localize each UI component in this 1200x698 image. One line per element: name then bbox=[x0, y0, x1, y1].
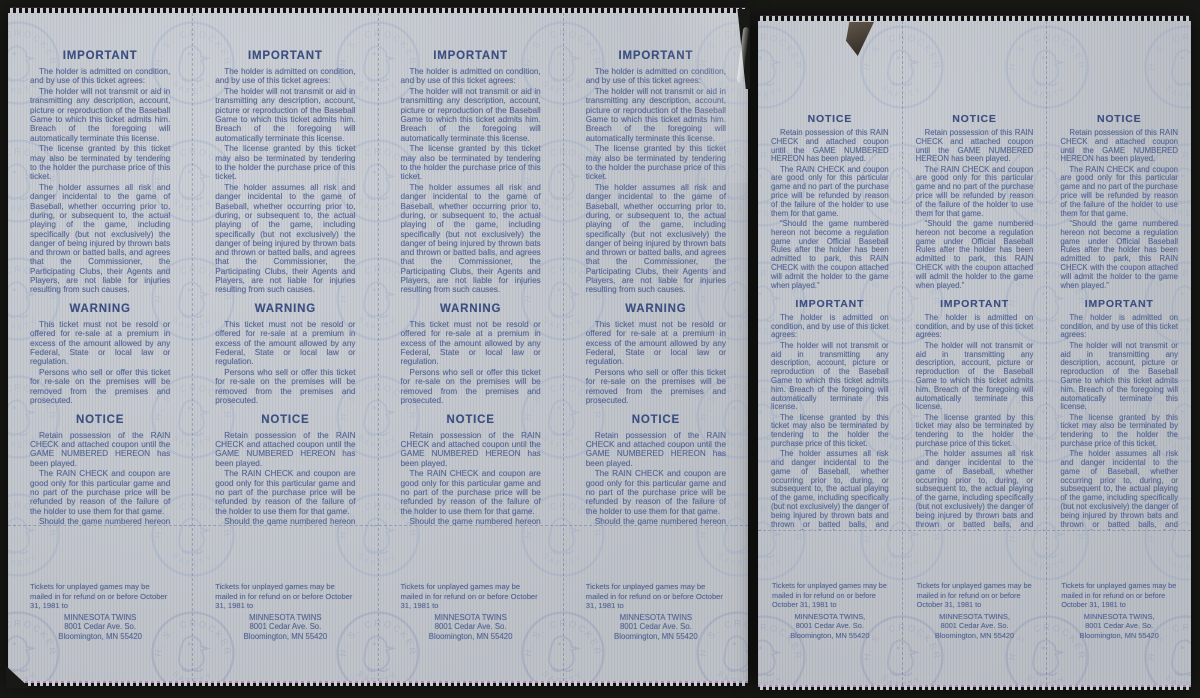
legal-paragraph: The license granted by this ticket may a… bbox=[401, 144, 541, 181]
legal-paragraph: The license granted by this ticket may a… bbox=[771, 414, 889, 449]
team-name: MINNESOTA TWINS bbox=[401, 613, 541, 623]
refund-notice: Tickets for unplayed games may be mailed… bbox=[215, 582, 355, 611]
ticket-legal-text: IMPORTANT The holder is admitted on cond… bbox=[8, 13, 192, 525]
legal-paragraph: The holder is admitted on condition, and… bbox=[771, 314, 889, 340]
refund-stub: Tickets for unplayed games may be mailed… bbox=[758, 530, 902, 685]
refund-stub: Tickets for unplayed games may be mailed… bbox=[903, 530, 1047, 685]
legal-paragraph: Persons who sell or offer this ticket fo… bbox=[30, 368, 170, 405]
legal-paragraph: The license granted by this ticket may a… bbox=[916, 414, 1034, 449]
refund-address: MINNESOTA TWINS 8001 Cedar Ave. So. Bloo… bbox=[215, 613, 355, 642]
legal-paragraph: Should the game numbered hereon not beco… bbox=[215, 517, 355, 525]
legal-paragraph: The RAIN CHECK and coupon are good only … bbox=[586, 469, 726, 515]
team-name: MINNESOTA TWINS, bbox=[772, 612, 888, 622]
legal-paragraph: The RAIN CHECK and coupon are good only … bbox=[30, 469, 170, 515]
refund-stub: Tickets for unplayed games may be mailed… bbox=[1047, 530, 1191, 685]
legal-paragraph: The RAIN CHECK and coupon are good only … bbox=[401, 469, 541, 515]
team-name: MINNESOTA TWINS, bbox=[1061, 612, 1177, 622]
ticket-legal-text: NOTICE Retain possession of this RAIN CH… bbox=[1047, 21, 1191, 530]
address-line: 8001 Cedar Ave. So. bbox=[215, 622, 355, 632]
section-heading-notice: NOTICE bbox=[215, 414, 355, 426]
section-heading-notice: NOTICE bbox=[30, 414, 170, 426]
legal-paragraph: This ticket must not be resold or offere… bbox=[401, 320, 541, 366]
legal-paragraph: The holder will not transmit or aid in t… bbox=[215, 87, 355, 143]
section-heading-warning: WARNING bbox=[215, 303, 355, 315]
legal-paragraph: The license granted by this ticket may a… bbox=[215, 144, 355, 181]
section-heading-important: IMPORTANT bbox=[1060, 298, 1178, 310]
legal-paragraph: Retain possession of the RAIN CHECK and … bbox=[215, 431, 355, 468]
section-heading-notice: NOTICE bbox=[586, 414, 726, 426]
legal-paragraph: The holder assumes all risk and danger i… bbox=[916, 450, 1034, 530]
ticket-sheet-left: IMPORTANT The holder is admitted on cond… bbox=[8, 13, 748, 683]
refund-stub: Tickets for unplayed games may be mailed… bbox=[379, 525, 563, 681]
perforated-edge-bottom bbox=[10, 681, 746, 686]
legal-paragraph: The holder will not transmit or aid in t… bbox=[30, 87, 170, 143]
perforated-edge-bottom bbox=[760, 685, 1189, 690]
legal-paragraph: The RAIN CHECK and coupon are good only … bbox=[916, 166, 1034, 219]
legal-paragraph: Persons who sell or offer this ticket fo… bbox=[401, 368, 541, 405]
legal-paragraph: “Should the game numbered hereon not bec… bbox=[771, 220, 889, 290]
legal-paragraph: The holder will not transmit or aid in t… bbox=[401, 87, 541, 143]
legal-paragraph: The holder assumes all risk and danger i… bbox=[1060, 450, 1178, 530]
section-heading-warning: WARNING bbox=[30, 303, 170, 315]
legal-paragraph: “Should the game numbered hereon not bec… bbox=[1060, 220, 1178, 290]
section-heading-warning: WARNING bbox=[586, 303, 726, 315]
legal-paragraph: “Should the game numbered hereon not bec… bbox=[916, 220, 1034, 290]
legal-paragraph: The RAIN CHECK and coupon are good only … bbox=[771, 166, 889, 219]
address-line: Bloomington, MN 55420 bbox=[215, 632, 355, 642]
legal-paragraph: Persons who sell or offer this ticket fo… bbox=[215, 368, 355, 405]
address-line: 8001 Cedar Ave. So. bbox=[1061, 621, 1177, 631]
team-name: MINNESOTA TWINS bbox=[30, 613, 170, 623]
legal-paragraph: The holder will not transmit or aid in t… bbox=[771, 342, 889, 412]
team-name: MINNESOTA TWINS, bbox=[917, 612, 1033, 622]
address-line: Bloomington, MN 55420 bbox=[772, 631, 888, 641]
legal-paragraph: The holder is admitted on condition, and… bbox=[916, 314, 1034, 340]
refund-address: MINNESOTA TWINS 8001 Cedar Ave. So. Bloo… bbox=[401, 613, 541, 642]
ticket-legal-text: NOTICE Retain possession of this RAIN CH… bbox=[758, 21, 902, 530]
section-heading-important: IMPORTANT bbox=[771, 298, 889, 310]
refund-stub: Tickets for unplayed games may be mailed… bbox=[564, 525, 748, 681]
address-line: Bloomington, MN 55420 bbox=[30, 632, 170, 642]
ticket-legal-text: IMPORTANT The holder is admitted on cond… bbox=[564, 13, 748, 525]
legal-paragraph: The holder assumes all risk and danger i… bbox=[771, 450, 889, 530]
refund-address: MINNESOTA TWINS 8001 Cedar Ave. So. Bloo… bbox=[30, 613, 170, 642]
section-heading-important: IMPORTANT bbox=[916, 298, 1034, 310]
refund-address: MINNESOTA TWINS, 8001 Cedar Ave. So. Blo… bbox=[772, 612, 888, 641]
legal-paragraph: Retain possession of this RAIN CHECK and… bbox=[771, 129, 889, 164]
legal-paragraph: Persons who sell or offer this ticket fo… bbox=[586, 368, 726, 405]
section-heading-important: IMPORTANT bbox=[215, 50, 355, 62]
legal-paragraph: This ticket must not be resold or offere… bbox=[30, 320, 170, 366]
refund-notice: Tickets for unplayed games may be mailed… bbox=[772, 581, 888, 610]
address-line: Bloomington, MN 55420 bbox=[401, 632, 541, 642]
legal-paragraph: The holder is admitted on condition, and… bbox=[586, 67, 726, 86]
ticket-back: NOTICE Retain possession of this RAIN CH… bbox=[758, 21, 902, 685]
legal-paragraph: The holder is admitted on condition, and… bbox=[215, 67, 355, 86]
legal-paragraph: The holder is admitted on condition, and… bbox=[1060, 314, 1178, 340]
section-heading-notice: NOTICE bbox=[771, 113, 889, 125]
legal-paragraph: The holder assumes all risk and danger i… bbox=[30, 183, 170, 295]
address-line: 8001 Cedar Ave. So. bbox=[772, 621, 888, 631]
refund-stub: Tickets for unplayed games may be mailed… bbox=[8, 525, 192, 681]
refund-notice: Tickets for unplayed games may be mailed… bbox=[917, 581, 1033, 610]
legal-paragraph: The license granted by this ticket may a… bbox=[30, 144, 170, 181]
address-line: Bloomington, MN 55420 bbox=[1061, 631, 1177, 641]
legal-paragraph: The holder will not transmit or aid in t… bbox=[1060, 342, 1178, 412]
legal-paragraph: The holder will not transmit or aid in t… bbox=[586, 87, 726, 143]
address-line: Bloomington, MN 55420 bbox=[586, 632, 726, 642]
ticket-sheet-right: NOTICE Retain possession of this RAIN CH… bbox=[758, 21, 1191, 687]
ticket-legal-text: NOTICE Retain possession of this RAIN CH… bbox=[903, 21, 1047, 530]
section-heading-important: IMPORTANT bbox=[401, 50, 541, 62]
ticket-legal-text: IMPORTANT The holder is admitted on cond… bbox=[193, 13, 377, 525]
refund-notice: Tickets for unplayed games may be mailed… bbox=[30, 582, 170, 611]
refund-address: MINNESOTA TWINS, 8001 Cedar Ave. So. Blo… bbox=[917, 612, 1033, 641]
refund-notice: Tickets for unplayed games may be mailed… bbox=[586, 582, 726, 611]
address-line: 8001 Cedar Ave. So. bbox=[30, 622, 170, 632]
ticket-back: IMPORTANT The holder is admitted on cond… bbox=[563, 13, 748, 681]
section-heading-warning: WARNING bbox=[401, 303, 541, 315]
ticket-back: IMPORTANT The holder is admitted on cond… bbox=[8, 13, 192, 681]
legal-paragraph: The holder is admitted on condition, and… bbox=[401, 67, 541, 86]
legal-paragraph: Retain possession of the RAIN CHECK and … bbox=[586, 431, 726, 468]
section-heading-notice: NOTICE bbox=[916, 113, 1034, 125]
legal-paragraph: The holder assumes all risk and danger i… bbox=[586, 183, 726, 295]
legal-paragraph: Retain possession of this RAIN CHECK and… bbox=[916, 129, 1034, 164]
legal-paragraph: Should the game numbered hereon not beco… bbox=[401, 517, 541, 525]
legal-paragraph: The license granted by this ticket may a… bbox=[1060, 414, 1178, 449]
legal-paragraph: The license granted by this ticket may a… bbox=[586, 144, 726, 181]
team-name: MINNESOTA TWINS bbox=[586, 613, 726, 623]
legal-paragraph: The RAIN CHECK and coupon are good only … bbox=[1060, 166, 1178, 219]
legal-paragraph: This ticket must not be resold or offere… bbox=[586, 320, 726, 366]
legal-paragraph: Retain possession of the RAIN CHECK and … bbox=[30, 431, 170, 468]
legal-paragraph: Retain possession of the RAIN CHECK and … bbox=[401, 431, 541, 468]
legal-paragraph: The holder is admitted on condition, and… bbox=[30, 67, 170, 86]
legal-paragraph: This ticket must not be resold or offere… bbox=[215, 320, 355, 366]
legal-paragraph: The holder assumes all risk and danger i… bbox=[215, 183, 355, 295]
refund-address: MINNESOTA TWINS, 8001 Cedar Ave. So. Blo… bbox=[1061, 612, 1177, 641]
refund-address: MINNESOTA TWINS 8001 Cedar Ave. So. Bloo… bbox=[586, 613, 726, 642]
ticket-back: NOTICE Retain possession of this RAIN CH… bbox=[1046, 21, 1191, 685]
ticket-back: IMPORTANT The holder is admitted on cond… bbox=[378, 13, 563, 681]
address-line: 8001 Cedar Ave. So. bbox=[586, 622, 726, 632]
legal-paragraph: The holder will not transmit or aid in t… bbox=[916, 342, 1034, 412]
section-heading-notice: NOTICE bbox=[401, 414, 541, 426]
section-heading-important: IMPORTANT bbox=[30, 50, 170, 62]
section-heading-notice: NOTICE bbox=[1060, 113, 1178, 125]
legal-paragraph: Retain possession of this RAIN CHECK and… bbox=[1060, 129, 1178, 164]
address-line: 8001 Cedar Ave. So. bbox=[917, 621, 1033, 631]
address-line: 8001 Cedar Ave. So. bbox=[401, 622, 541, 632]
team-name: MINNESOTA TWINS bbox=[215, 613, 355, 623]
refund-stub: Tickets for unplayed games may be mailed… bbox=[193, 525, 377, 681]
legal-paragraph: The holder assumes all risk and danger i… bbox=[401, 183, 541, 295]
legal-paragraph: The RAIN CHECK and coupon are good only … bbox=[215, 469, 355, 515]
section-heading-important: IMPORTANT bbox=[586, 50, 726, 62]
ticket-back: IMPORTANT The holder is admitted on cond… bbox=[192, 13, 377, 681]
ticket-back: NOTICE Retain possession of this RAIN CH… bbox=[902, 21, 1047, 685]
refund-notice: Tickets for unplayed games may be mailed… bbox=[1061, 581, 1177, 610]
legal-paragraph: Should the game numbered hereon not beco… bbox=[586, 517, 726, 525]
refund-notice: Tickets for unplayed games may be mailed… bbox=[401, 582, 541, 611]
ticket-legal-text: IMPORTANT The holder is admitted on cond… bbox=[379, 13, 563, 525]
address-line: Bloomington, MN 55420 bbox=[917, 631, 1033, 641]
photo-background: IMPORTANT The holder is admitted on cond… bbox=[0, 0, 1200, 698]
legal-paragraph: Should the game numbered hereon not beco… bbox=[30, 517, 170, 525]
